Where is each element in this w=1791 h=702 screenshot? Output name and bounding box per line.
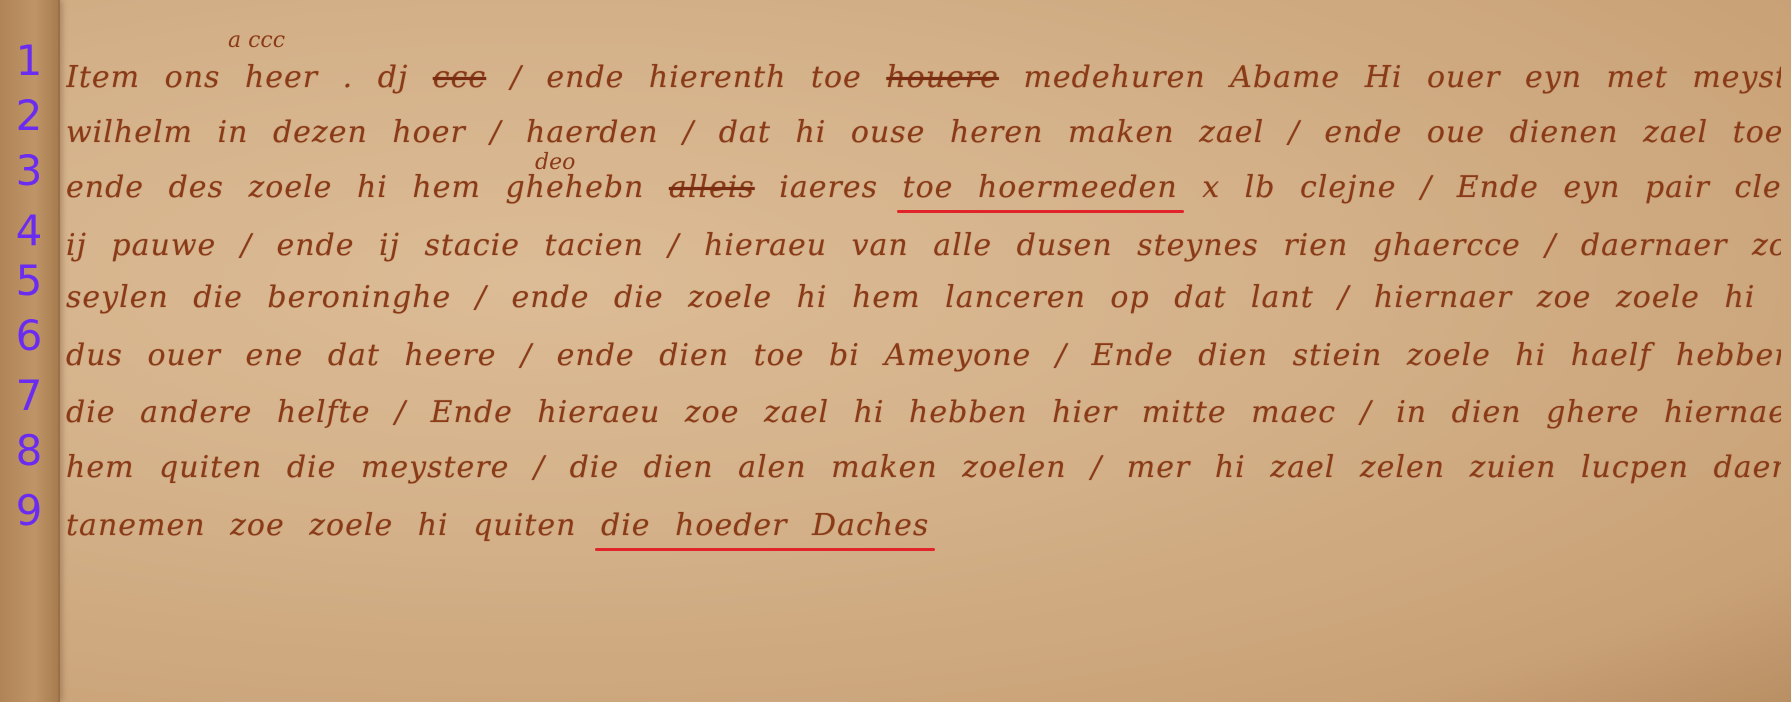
text-segment: hem quiten die meystere / die dien alen … — [66, 450, 1781, 485]
text-segment: die andere helfte / Ende hieraeu zoe zae… — [66, 395, 1781, 430]
text-segment: tanemen zoe zoele hi quiten — [66, 508, 601, 543]
line-number-6: 6 — [14, 315, 44, 357]
manuscript-line-1: Item ons heer . dj ccc / ende hierenth t… — [66, 60, 1781, 120]
text-segment: dus ouer ene dat heere / ende dien toe b… — [66, 338, 1781, 373]
manuscript-line-5: seylen die beroninghe / ende die zoele h… — [66, 280, 1781, 340]
manuscript-line-2: wilhelm in dezen hoer / haerden / dat hi… — [66, 115, 1781, 175]
red-underlined-text: toe hoermeeden — [903, 170, 1178, 205]
text-segment: x lb clejne / Ende eyn pair cledera ende — [1178, 170, 1781, 205]
line-number-3: 3 — [14, 150, 44, 192]
text-segment: seylen die beroninghe / ende die zoele h… — [66, 280, 1781, 315]
manuscript-line-3: ende des zoele hi hem ghehebn alleis iae… — [66, 170, 1781, 230]
manuscript-page: 1 2 3 4 5 6 7 8 9 a ccc deo Item ons hee… — [0, 0, 1791, 702]
manuscript-line-6: dus ouer ene dat heere / ende dien toe b… — [66, 338, 1781, 398]
manuscript-line-9: tanemen zoe zoele hi quiten die hoeder D… — [66, 508, 1781, 588]
text-segment: ij pauwe / ende ij stacie tacien / hiera… — [66, 228, 1781, 263]
superscript-annotation: a ccc — [228, 28, 285, 53]
line-number-7: 7 — [14, 375, 44, 417]
manuscript-line-4: ij pauwe / ende ij stacie tacien / hiera… — [66, 228, 1781, 288]
red-underlined-text: die hoeder Daches — [601, 508, 929, 543]
struck-text: ccc — [433, 60, 486, 95]
line-number-8: 8 — [14, 430, 44, 472]
manuscript-line-7: die andere helfte / Ende hieraeu zoe zae… — [66, 395, 1781, 455]
struck-text: alleis — [669, 170, 755, 205]
manuscript-line-8: hem quiten die meystere / die dien alen … — [66, 450, 1781, 510]
line-number-4: 4 — [14, 210, 44, 252]
line-number-1: 1 — [14, 40, 44, 82]
text-segment: iaeres — [755, 170, 903, 205]
text-segment: Item ons heer . dj — [66, 60, 433, 95]
line-number-2: 2 — [14, 95, 44, 137]
line-number-5: 5 — [14, 260, 44, 302]
text-segment: medehuren Abame Hi ouer eyn met meyster … — [999, 60, 1781, 95]
struck-text: houere — [886, 60, 999, 95]
text-segment: wilhelm in dezen hoer / haerden / dat hi… — [66, 115, 1781, 150]
text-segment: / ende hierenth toe — [486, 60, 886, 95]
text-segment: ende des zoele hi hem ghehebn — [66, 170, 669, 205]
line-number-9: 9 — [14, 490, 44, 532]
